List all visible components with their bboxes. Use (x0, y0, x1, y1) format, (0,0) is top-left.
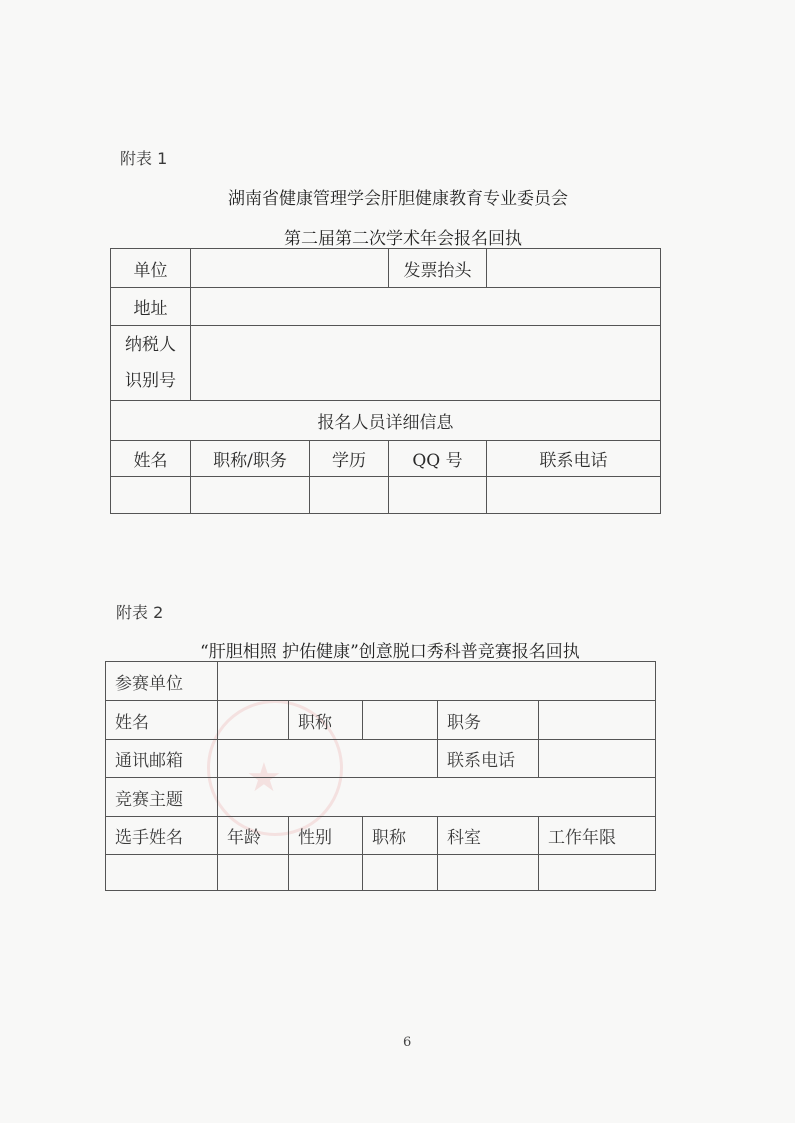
contestant-name-field[interactable] (106, 855, 218, 891)
column-qq: QQ 号 (389, 441, 487, 477)
taxpayer-id-field[interactable] (191, 326, 661, 401)
contestant-years-field[interactable] (539, 855, 656, 891)
contact-name-field[interactable] (218, 701, 289, 740)
registration-form-table: 单位 发票抬头 地址 纳税人 识别号 报名人员详细信息 姓名 职称/职务 学历 … (110, 248, 661, 514)
attachment-1-label: 附表 1 (120, 146, 167, 169)
contact-position-label: 职务 (438, 701, 539, 740)
attendee-title-field[interactable] (191, 477, 310, 514)
attendee-qq-field[interactable] (389, 477, 487, 514)
taxpayer-id-label: 纳税人 识别号 (111, 326, 191, 401)
column-age: 年龄 (218, 817, 289, 855)
attendee-phone-field[interactable] (487, 477, 661, 514)
column-phone: 联系电话 (487, 441, 661, 477)
contest-form-table: 参赛单位 姓名 职称 职务 通讯邮箱 联系电话 竞赛主题 选手姓名 年龄 性别 … (105, 661, 656, 891)
attachment-1-title: 湖南省健康管理学会肝胆健康教育专业委员会 (228, 184, 568, 209)
taxpayer-id-label-line1: 纳税人 (111, 327, 190, 363)
column-name: 姓名 (111, 441, 191, 477)
column-years-of-work: 工作年限 (539, 817, 656, 855)
column-contestant-name: 选手姓名 (106, 817, 218, 855)
column-gender: 性别 (289, 817, 363, 855)
attendee-name-field[interactable] (111, 477, 191, 514)
taxpayer-id-label-line2: 识别号 (111, 363, 190, 399)
invoice-title-field[interactable] (487, 249, 661, 288)
unit-label: 单位 (111, 249, 191, 288)
column-title-position: 职称/职务 (191, 441, 310, 477)
address-field[interactable] (191, 288, 661, 326)
contestant-age-field[interactable] (218, 855, 289, 891)
phone-field[interactable] (539, 740, 656, 778)
attachment-2-title: “肝胆相照 护佑健康”创意脱口秀科普竞赛报名回执 (200, 637, 580, 662)
page-number: 6 (403, 1035, 411, 1050)
attachment-1-subtitle: 第二届第二次学术年会报名回执 (284, 224, 522, 249)
theme-label: 竞赛主题 (106, 778, 218, 817)
contestant-department-field[interactable] (438, 855, 539, 891)
contest-unit-field[interactable] (218, 662, 656, 701)
column-department: 科室 (438, 817, 539, 855)
invoice-title-label: 发票抬头 (389, 249, 487, 288)
attendee-row (111, 477, 661, 514)
attendee-details-header: 报名人员详细信息 (111, 401, 661, 441)
attachment-2-label: 附表 2 (116, 600, 163, 623)
contact-title-field[interactable] (363, 701, 438, 740)
phone-label: 联系电话 (438, 740, 539, 778)
unit-field[interactable] (191, 249, 389, 288)
email-label: 通讯邮箱 (106, 740, 218, 778)
address-label: 地址 (111, 288, 191, 326)
theme-field[interactable] (218, 778, 656, 817)
attendee-education-field[interactable] (310, 477, 389, 514)
contestant-row (106, 855, 656, 891)
column-education: 学历 (310, 441, 389, 477)
contact-position-field[interactable] (539, 701, 656, 740)
column-title: 职称 (363, 817, 438, 855)
contest-unit-label: 参赛单位 (106, 662, 218, 701)
contact-title-label: 职称 (289, 701, 363, 740)
contact-name-label: 姓名 (106, 701, 218, 740)
contestant-gender-field[interactable] (289, 855, 363, 891)
email-field[interactable] (218, 740, 438, 778)
contestant-title-field[interactable] (363, 855, 438, 891)
